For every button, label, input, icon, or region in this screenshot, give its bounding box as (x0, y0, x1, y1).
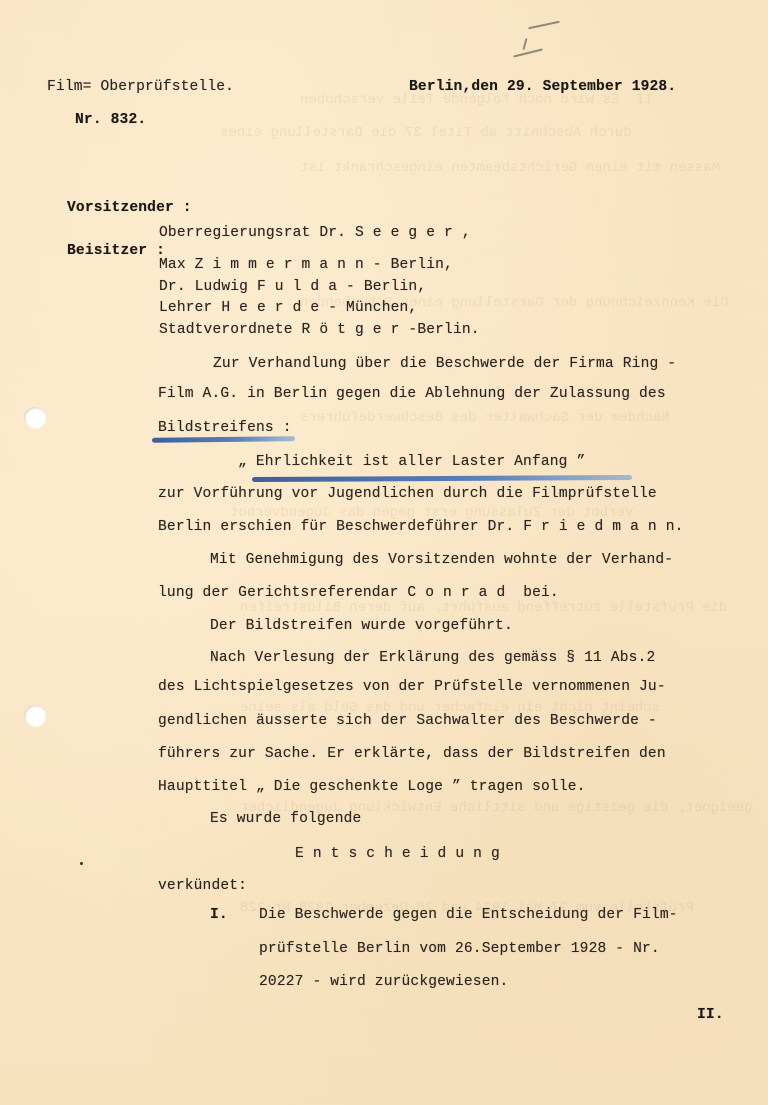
ruling-line: prüfstelle Berlin vom 26.September 1928 … (259, 940, 660, 958)
assessor: Lehrer H e e r d e - München, (159, 299, 417, 317)
document-page: II Es wird noch folgende Teile verschobe… (0, 0, 768, 1105)
blue-underline (252, 475, 632, 482)
office-name: Film= Oberprüfstelle. (47, 78, 234, 96)
bleed-through-text: die Prüfstelle zutreffend ausführt, auf … (240, 600, 727, 616)
chair-label: Vorsitzender : (67, 199, 192, 217)
body-line: Nach Verlesung der Erklärung des gemäss … (210, 649, 655, 667)
body-line: gendlichen äusserte sich der Sachwalter … (158, 712, 657, 730)
body-line: des Lichtspielgesetzes von der Prüfstell… (158, 678, 666, 696)
place-date: Berlin,den 29. September 1928. (409, 78, 676, 96)
bleed-through-text: Massen mit einem Gerichtsbeamten eingesc… (300, 160, 720, 176)
body-line: Bildstreifens : (158, 419, 292, 437)
blue-underline (152, 436, 295, 442)
body-line: Es wurde folgende (210, 810, 361, 828)
film-title: „ Ehrlichkeit ist aller Laster Anfang ” (238, 453, 585, 471)
body-line: Mit Genehmigung des Vorsitzenden wohnte … (210, 551, 673, 569)
decision-heading: E n t s c h e i d u n g (295, 845, 500, 863)
assessor: Dr. Ludwig F u l d a - Berlin, (159, 278, 426, 296)
body-line: Haupttitel „ Die geschenkte Loge ” trage… (158, 778, 586, 796)
body-line: führers zur Sache. Er erklärte, dass der… (158, 745, 666, 763)
body-line: lung der Gerichtsreferendar C o n r a d … (158, 584, 559, 602)
body-line: Berlin erschien für Beschwerdeführer Dr.… (158, 518, 684, 536)
chair-name: Oberregierungsrat Dr. S e e g e r , (159, 224, 471, 242)
assessors-label: Beisitzer : (67, 242, 165, 260)
assessor: Max Z i m m e r m a n n - Berlin, (159, 256, 453, 274)
case-number: Nr. 832. (75, 111, 146, 129)
punch-hole-bottom (24, 705, 46, 727)
ink-speck (80, 862, 83, 865)
announced-label: verkündet: (158, 877, 247, 895)
ruling-numeral: I. (210, 906, 228, 924)
ruling-line: 20227 - wird zurückgewiesen. (259, 973, 508, 991)
bleed-through-text: durch Abschnitt ab Titel 37 die Darstell… (220, 125, 632, 141)
body-line: Film A.G. in Berlin gegen die Ablehnung … (158, 385, 666, 403)
body-line: Der Bildstreifen wurde vorgeführt. (210, 617, 513, 635)
body-line: Zur Verhandlung über die Beschwerde der … (213, 355, 676, 373)
assessor: Stadtverordnete R ö t g e r -Berlin. (159, 321, 480, 339)
ruling-line: Die Beschwerde gegen die Entscheidung de… (259, 906, 678, 924)
continuation-marker: II. (697, 1006, 724, 1024)
bleed-through-text: Nachdem der Sachwalter des Beschwerdefüh… (300, 410, 670, 426)
body-line: zur Vorführung vor Jugendlichen durch di… (158, 485, 657, 503)
punch-hole-top (24, 407, 46, 429)
